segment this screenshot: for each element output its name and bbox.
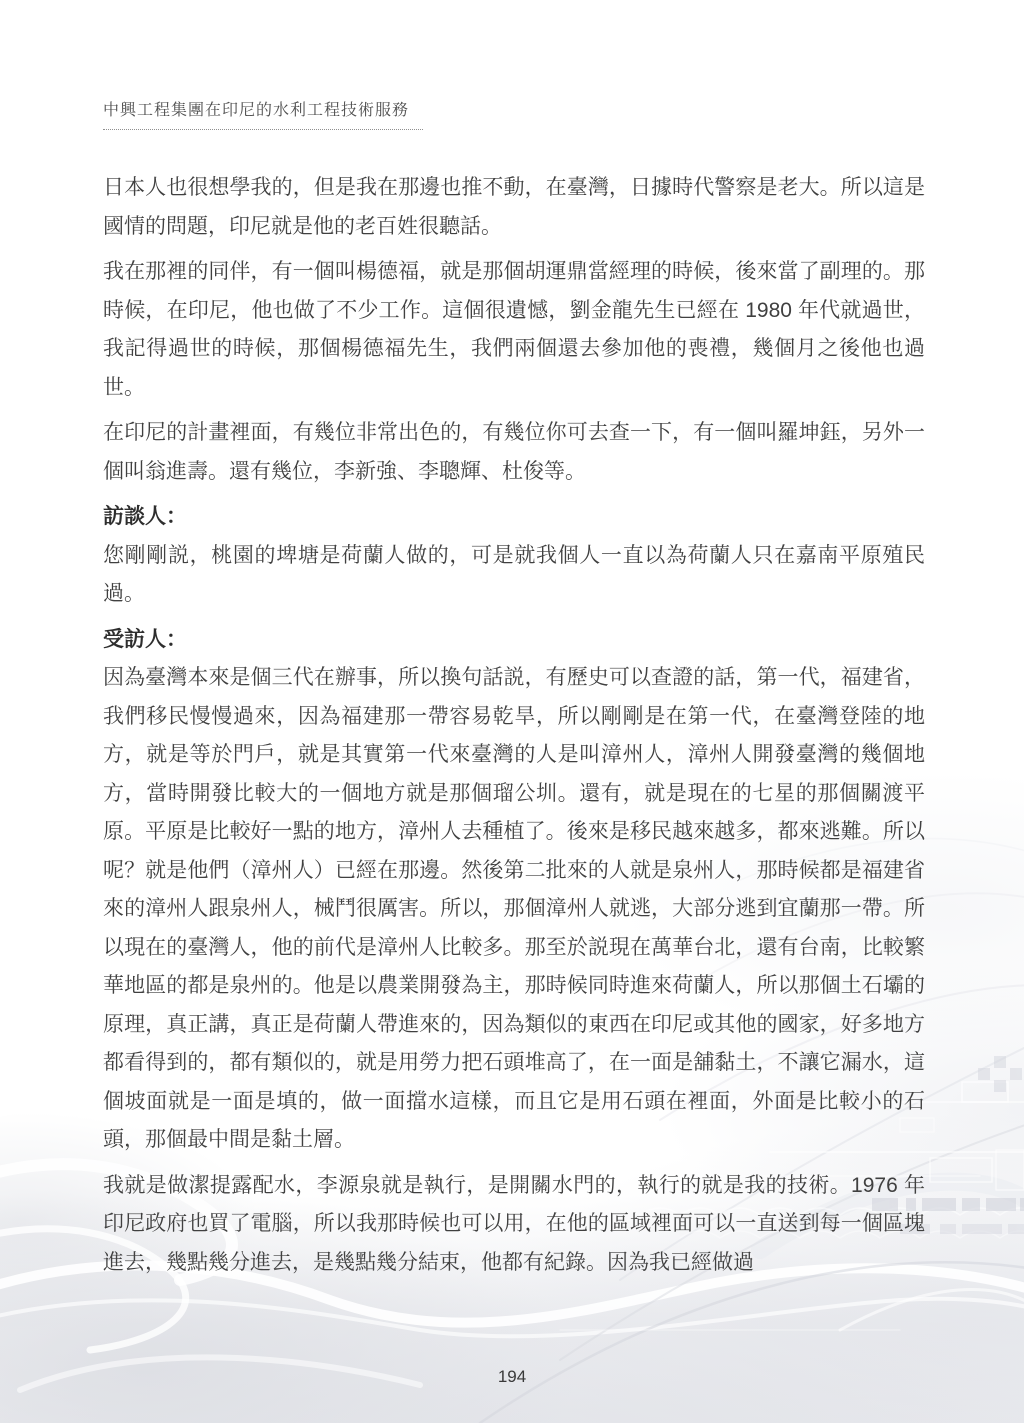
body-paragraph: 我在那裡的同伴，有一個叫楊德福，就是那個胡運鼎當經理的時候，後來當了副理的。那時… [103, 253, 925, 407]
page-number: 194 [0, 1367, 1024, 1387]
speaker-heading: 訪談人： [103, 498, 925, 537]
body-paragraph: 因為臺灣本來是個三代在辦事，所以換句話説，有歷史可以查證的話，第一代，福建省，我… [103, 659, 925, 1160]
document-page: 中興工程集團在印尼的水利工程技術服務 日本人也很想學我的，但是我在那邊也推不動，… [0, 0, 1024, 1423]
body-paragraph: 日本人也很想學我的，但是我在那邊也推不動，在臺灣，日據時代警察是老大。所以這是國… [103, 169, 925, 246]
body-paragraph: 您剛剛説，桃園的埤塘是荷蘭人做的，可是就我個人一直以為荷蘭人只在嘉南平原殖民過。 [103, 537, 925, 614]
body-paragraph: 在印尼的計畫裡面，有幾位非常出色的，有幾位你可去查一下，有一個叫羅坤鈺，另外一個… [103, 414, 925, 491]
speaker-heading: 受訪人： [103, 621, 925, 660]
running-header-title: 中興工程集團在印尼的水利工程技術服務 [103, 97, 423, 130]
page-body: 日本人也很想學我的，但是我在那邊也推不動，在臺灣，日據時代警察是老大。所以這是國… [103, 169, 925, 1289]
body-paragraph: 我就是做潔提露配水，李源泉就是執行，是開關水門的，執行的就是我的技術。1976 … [103, 1167, 925, 1283]
